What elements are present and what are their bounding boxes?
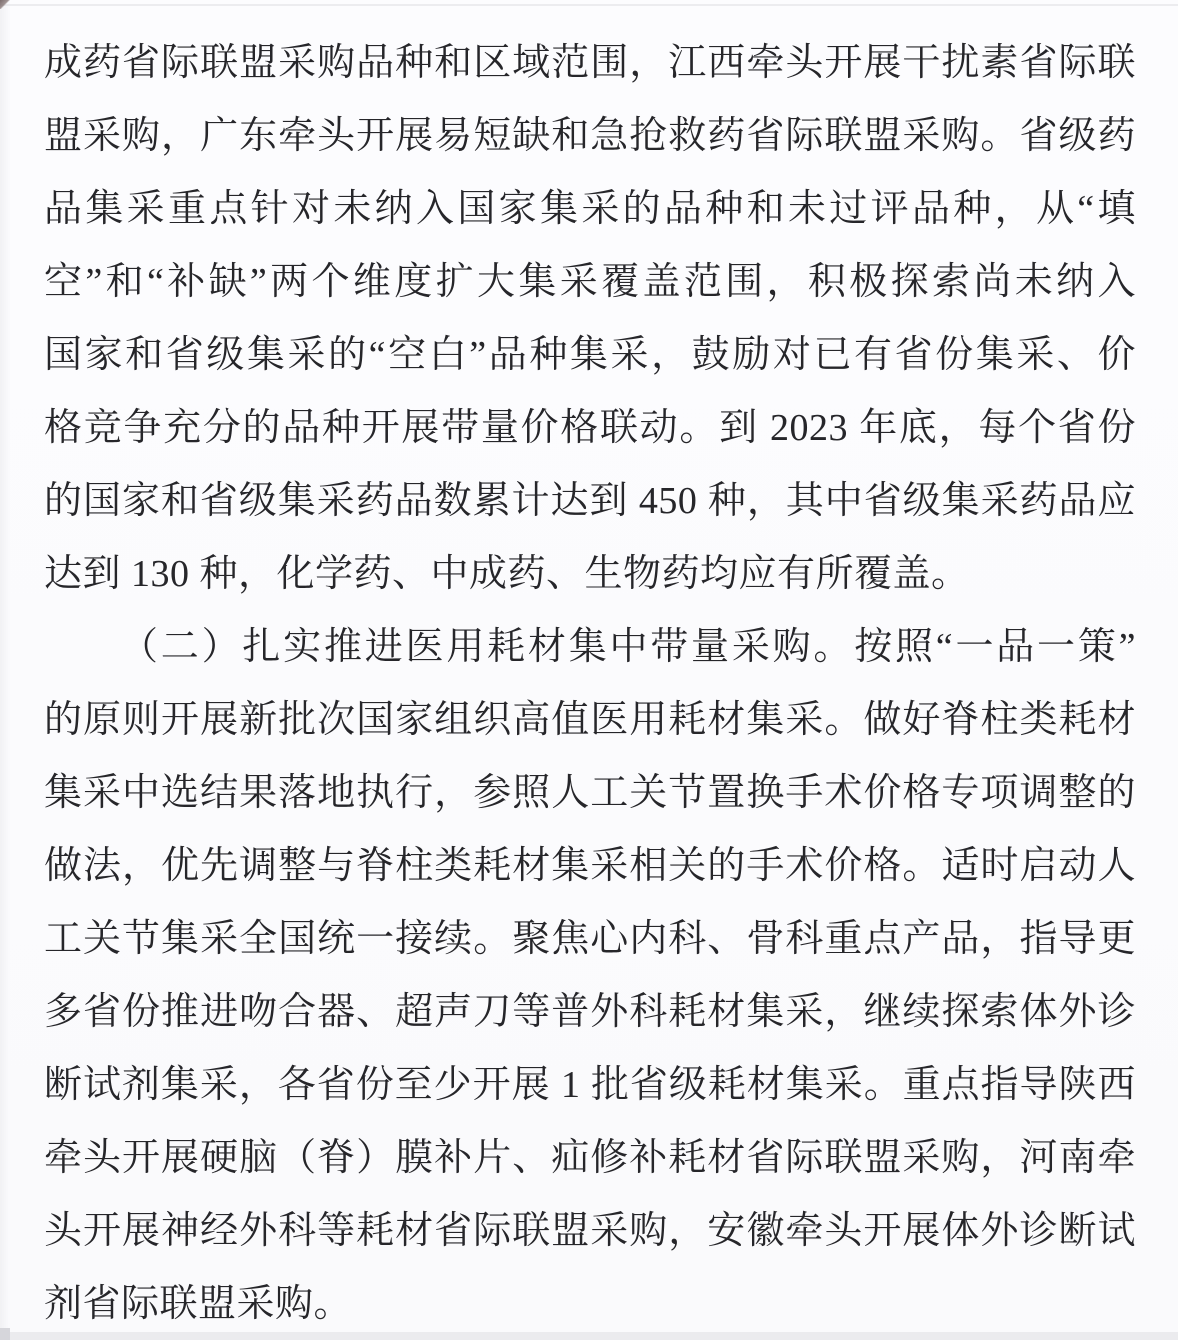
- text-line: 成药省际联盟采购品种和区域范围，江西牵头开展干扰素省际联: [44, 27, 1136, 100]
- document-page: 成药省际联盟采购品种和区域范围，江西牵头开展干扰素省际联盟采购，广东牵头开展易短…: [0, 0, 1178, 1340]
- text-line: 品集采重点针对未纳入国家集采的品种和未过评品种，从“填: [44, 173, 1136, 246]
- scan-bottom-corner-artifact: [0, 1328, 10, 1340]
- text-line: 剂省际联盟采购。: [44, 1268, 1136, 1340]
- scan-corner-artifact: [0, 0, 10, 9]
- text-line: （二）扎实推进医用耗材集中带量采购。按照“一品一策”: [44, 611, 1136, 684]
- text-line: 断试剂集采，各省份至少开展 1 批省级耗材集采。重点指导陕西: [44, 1049, 1136, 1122]
- scan-bottom-edge-shade: [0, 1332, 1178, 1340]
- text-line: 国家和省级集采的“空白”品种集采，鼓励对已有省份集采、价: [44, 319, 1136, 392]
- text-line: 多省份推进吻合器、超声刀等普外科耗材集采，继续探索体外诊: [44, 976, 1136, 1049]
- scan-left-edge-shade: [0, 0, 10, 1340]
- scan-top-edge-line: [0, 4, 1178, 6]
- text-line: 工关节集采全国统一接续。聚焦心内科、骨科重点产品，指导更: [44, 903, 1136, 976]
- text-line: 牵头开展硬脑（脊）膜补片、疝修补耗材省际联盟采购，河南牵: [44, 1122, 1136, 1195]
- text-line: 的原则开展新批次国家组织高值医用耗材集采。做好脊柱类耗材: [44, 684, 1136, 757]
- document-body: 成药省际联盟采购品种和区域范围，江西牵头开展干扰素省际联盟采购，广东牵头开展易短…: [44, 27, 1136, 1340]
- text-line: 达到 130 种，化学药、中成药、生物药均应有所覆盖。: [44, 538, 1136, 611]
- text-line: 盟采购，广东牵头开展易短缺和急抢救药省际联盟采购。省级药: [44, 100, 1136, 173]
- text-line: 空”和“补缺”两个维度扩大集采覆盖范围，积极探索尚未纳入: [44, 246, 1136, 319]
- text-line: 做法，优先调整与脊柱类耗材集采相关的手术价格。适时启动人: [44, 830, 1136, 903]
- text-line: 头开展神经外科等耗材省际联盟采购，安徽牵头开展体外诊断试: [44, 1195, 1136, 1268]
- text-line: 格竞争充分的品种开展带量价格联动。到 2023 年底，每个省份: [44, 392, 1136, 465]
- text-line: 的国家和省级集采药品数累计达到 450 种，其中省级集采药品应: [44, 465, 1136, 538]
- text-line: 集采中选结果落地执行，参照人工关节置换手术价格专项调整的: [44, 757, 1136, 830]
